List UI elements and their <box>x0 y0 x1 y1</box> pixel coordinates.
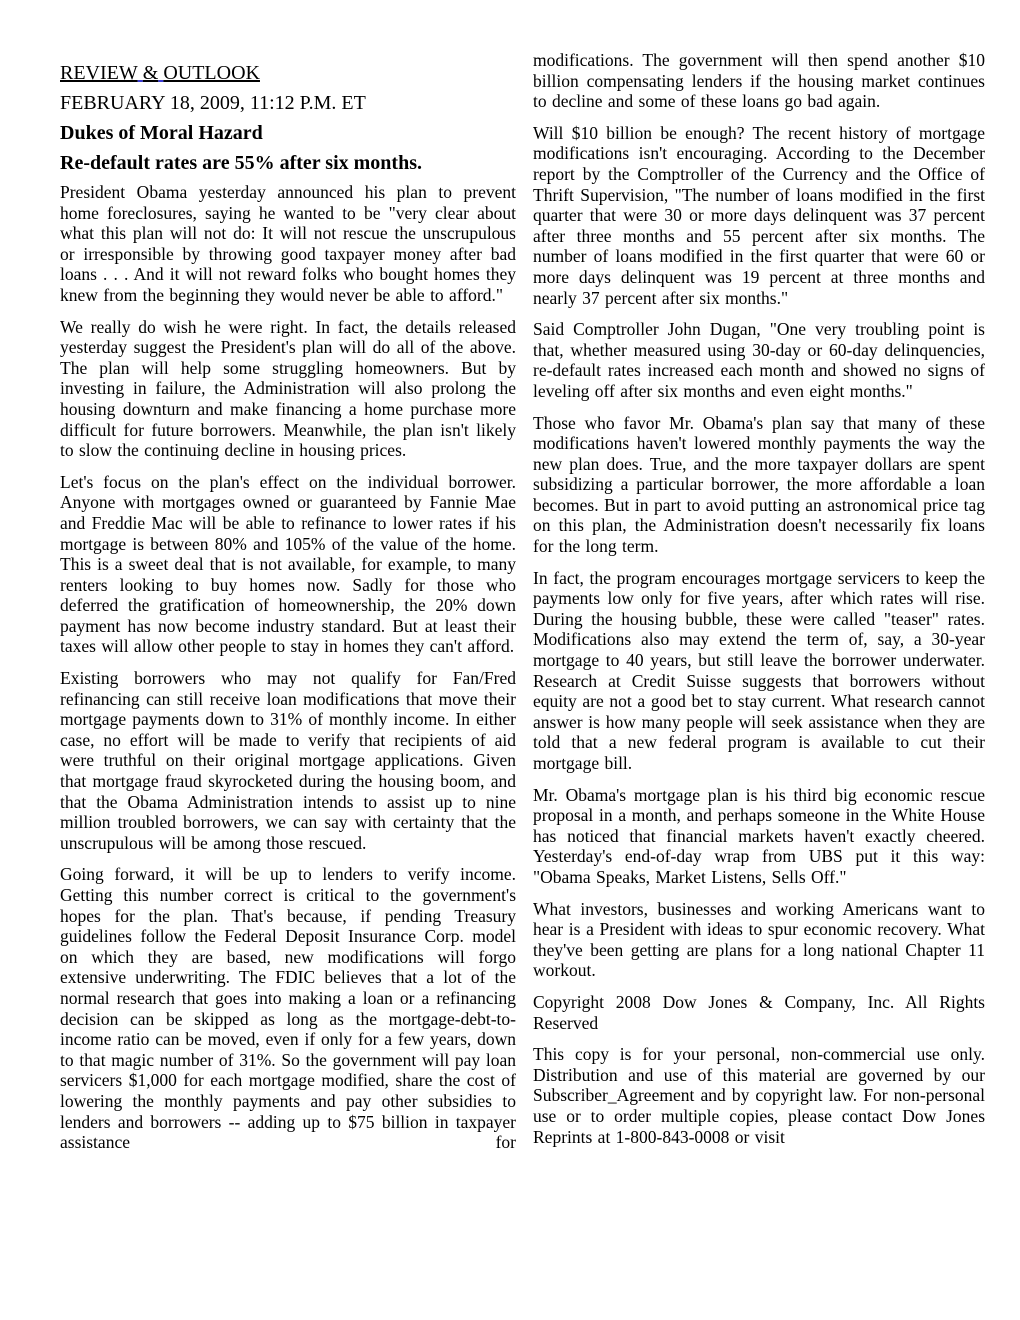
paragraph: In fact, the program encourages mortgage… <box>533 568 985 774</box>
paragraph: Will $10 billion be enough? The recent h… <box>533 123 985 308</box>
paragraph: We really do wish he were right. In fact… <box>60 317 516 461</box>
article-page: REVIEW & OUTLOOK FEBRUARY 18, 2009, 11:1… <box>0 0 1020 1320</box>
right-column: modifications. The government will then … <box>533 50 985 1158</box>
paragraph: Those who favor Mr. Obama's plan say tha… <box>533 413 985 557</box>
subscriber-agreement-link[interactable]: Subscriber_Agreement <box>533 1085 694 1105</box>
copyright-notice: Copyright 2008 Dow Jones & Company, Inc.… <box>533 992 985 1033</box>
paragraph: What investors, businesses and working A… <box>533 899 985 981</box>
section-link-word: OUTLOOK <box>163 62 260 84</box>
legal-text: This copy is for your personal, non-comm… <box>533 1044 985 1085</box>
dateline: FEBRUARY 18, 2009, 11:12 P.M. ET <box>60 92 516 114</box>
legal-notice: This copy is for your personal, non-comm… <box>533 1044 985 1147</box>
left-column: REVIEW & OUTLOOK FEBRUARY 18, 2009, 11:1… <box>60 62 516 1164</box>
paragraph: President Obama yesterday announced his … <box>60 182 516 306</box>
article-subtitle: Re-default rates are 55% after six month… <box>60 152 516 174</box>
section-link-ampersand: & <box>143 62 159 84</box>
paragraph: Mr. Obama's mortgage plan is his third b… <box>533 785 985 888</box>
article-title: Dukes of Moral Hazard <box>60 122 516 144</box>
paragraph: Let's focus on the plan's effect on the … <box>60 472 516 657</box>
paragraph: Existing borrowers who may not qualify f… <box>60 668 516 853</box>
section-link[interactable]: REVIEW & OUTLOOK <box>60 62 516 84</box>
paragraph: Said Comptroller John Dugan, "One very t… <box>533 319 985 401</box>
section-link-word: REVIEW <box>60 62 138 84</box>
paragraph: Going forward, it will be up to lenders … <box>60 864 516 1152</box>
paragraph: modifications. The government will then … <box>533 50 985 112</box>
